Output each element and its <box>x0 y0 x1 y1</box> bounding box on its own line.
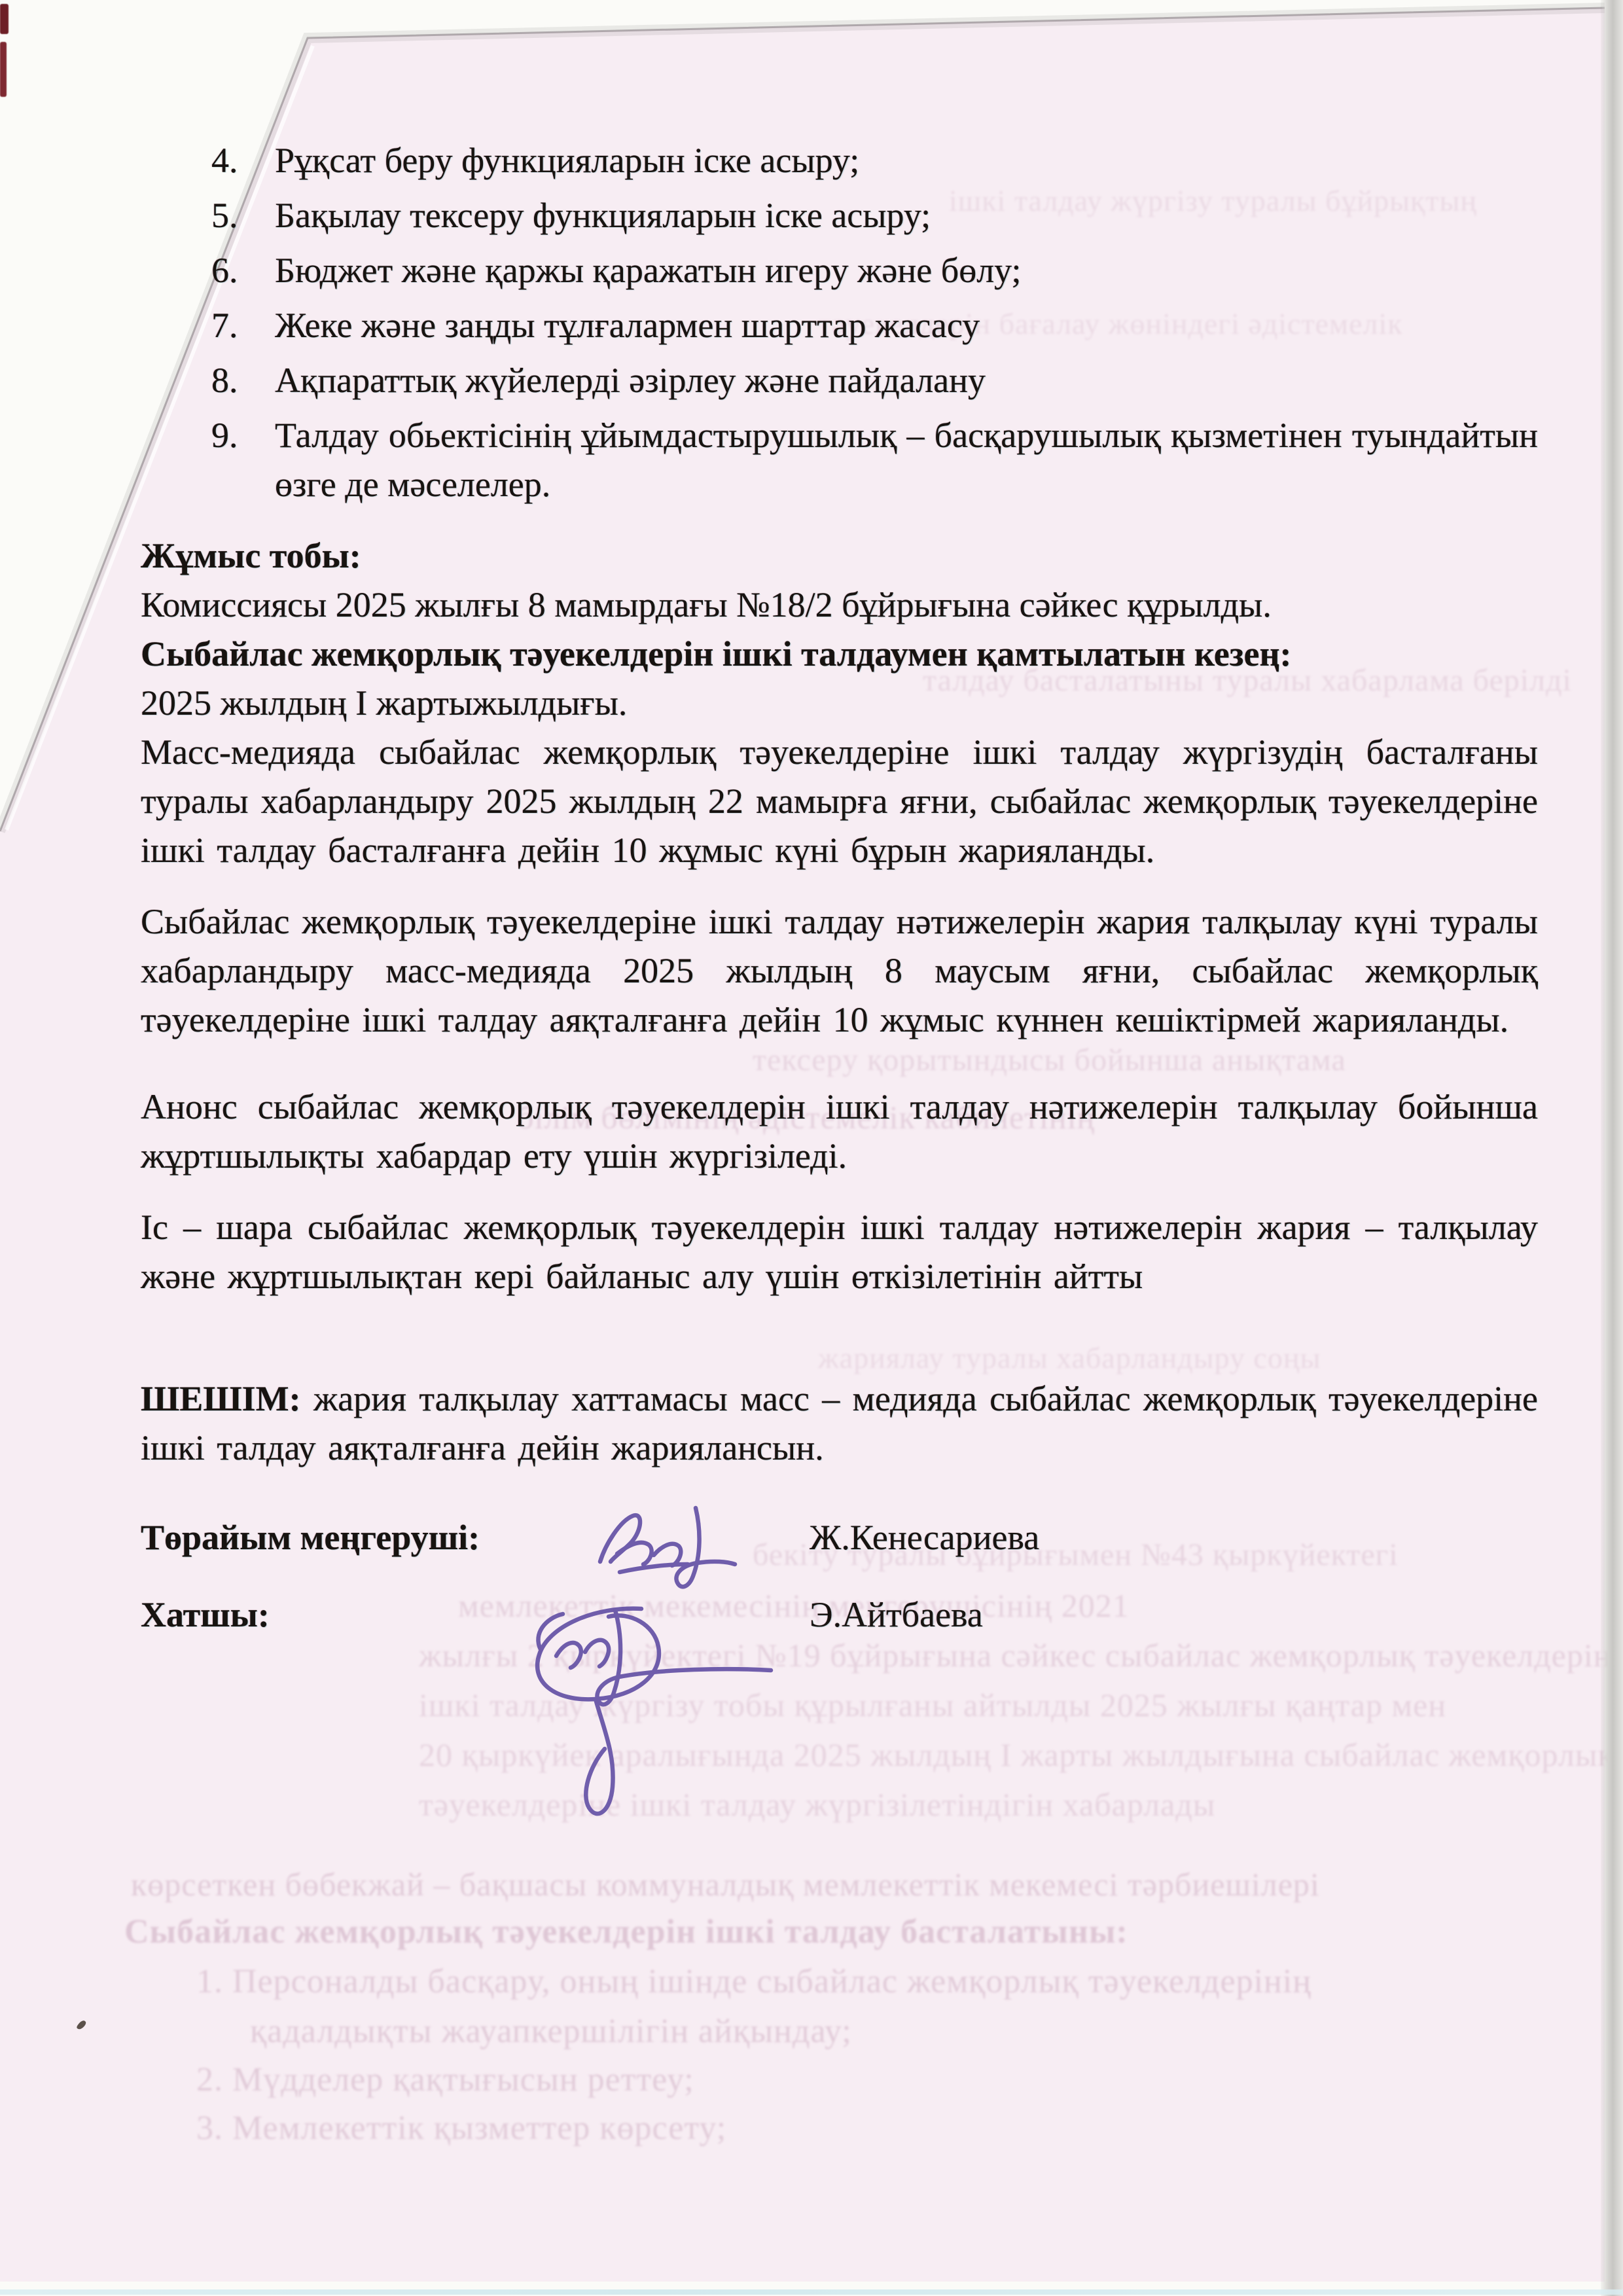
list-item: 7.Жеке және заңды тұлғалармен шарттар жа… <box>141 301 1538 350</box>
list-number: 5. <box>211 191 238 240</box>
signature-role: Хатшы: <box>141 1595 270 1634</box>
list-number: 9. <box>211 411 238 460</box>
paragraph-anons: Анонс сыбайлас жемқорлық тәуекелдерін іш… <box>141 1083 1538 1181</box>
red-edge-mark <box>0 42 7 97</box>
bleed-line: 3. Мемлекеттік қызметтер көрсету; <box>196 2109 726 2147</box>
list-item-text: Бақылау тексеру функцияларын іске асыру; <box>275 196 931 235</box>
decision-paragraph: ШЕШІМ: жария талқылау хаттамасы масс – м… <box>141 1374 1538 1473</box>
list-item-text: Жеке және заңды тұлғалармен шарттар жаса… <box>275 306 980 345</box>
list-number: 6. <box>211 246 238 295</box>
scanned-document-canvas: ішкі талдау жүргізу туралы бұйрықтың тәу… <box>0 0 1623 2296</box>
signature-name: Ж.Кенесариева <box>810 1513 1039 1562</box>
list-item: 4.Рұқсат беру функцияларын іске асыру; <box>141 136 1538 185</box>
work-group-heading: Жұмыс тобы: <box>141 531 1538 581</box>
work-group-body: Комиссиясы 2025 жылғы 8 мамырдағы №18/2 … <box>141 581 1538 630</box>
signature-block: Төрайым меңгеруші: Ж.Кенесариева Хатшы: … <box>141 1513 1538 1668</box>
scanner-strip-right <box>1601 0 1623 2296</box>
decision-text: жария талқылау хаттамасы масс – медияда … <box>141 1379 1538 1467</box>
paragraph-announce-results: Сыбайлас жемқорлық тәуекелдеріне ішкі та… <box>141 897 1538 1045</box>
paragraph-announce-start: Масс-медияда сыбайлас жемқорлық тәуекелд… <box>141 728 1538 875</box>
list-item-text: Рұқсат беру функцияларын іске асыру; <box>275 141 859 180</box>
bottom-scan-line <box>0 2289 1623 2295</box>
document-body: 4.Рұқсат беру функцияларын іске асыру; 5… <box>141 136 1538 1668</box>
period-body: 2025 жылдың І жартыжылдығы. <box>141 679 1538 728</box>
list-item: 6.Бюджет және қаржы қаражатын игеру және… <box>141 246 1538 295</box>
list-item-text: Ақпараттық жүйелерді әзірлеу және пайдал… <box>275 361 986 400</box>
list-number: 4. <box>211 136 238 185</box>
signature-row-chair: Төрайым меңгеруші: Ж.Кенесариева <box>141 1513 1538 1590</box>
signature-role: Төрайым меңгеруші: <box>141 1518 480 1557</box>
list-item: 5.Бақылау тексеру функцияларын іске асыр… <box>141 191 1538 240</box>
secretary-signature-ink <box>517 1571 792 1859</box>
signature-name: Э.Айтбаева <box>810 1590 983 1640</box>
list-item: 9.Талдау обьектісінің ұйымдастырушылық –… <box>141 411 1538 509</box>
list-item-text: Талдау обьектісінің ұйымдастырушылық – б… <box>275 416 1538 504</box>
numbered-list: 4.Рұқсат беру функцияларын іске асыру; 5… <box>141 136 1538 509</box>
list-item-text: Бюджет және қаржы қаражатын игеру және б… <box>275 251 1021 290</box>
signature-row-secretary: Хатшы: Э.Айтбаева <box>141 1590 1538 1668</box>
bleed-line: Сыбайлас жемқорлық тәуекелдерін ішкі тал… <box>124 1912 1128 1951</box>
bleed-line: көрсеткен бөбекжай – бақшасы коммуналдық… <box>131 1865 1320 1903</box>
decision-label: ШЕШІМ: <box>141 1379 301 1418</box>
red-edge-mark <box>0 4 9 34</box>
list-number: 8. <box>211 356 238 405</box>
bleed-line: 2. Мүдделер қақтығысын реттеу; <box>196 2060 694 2099</box>
paragraph-event: Іс – шара сыбайлас жемқорлық тәуекелдері… <box>141 1203 1538 1301</box>
bleed-line: қадалдықты жауапкершілігін айқындау; <box>250 2012 852 2051</box>
period-heading: Сыбайлас жемқорлық тәуекелдерін ішкі тал… <box>141 630 1538 679</box>
list-item: 8.Ақпараттық жүйелерді әзірлеу және пайд… <box>141 356 1538 405</box>
list-number: 7. <box>211 301 238 350</box>
bleed-line: 1. Персоналды басқару, оның ішінде сыбай… <box>196 1962 1311 2001</box>
